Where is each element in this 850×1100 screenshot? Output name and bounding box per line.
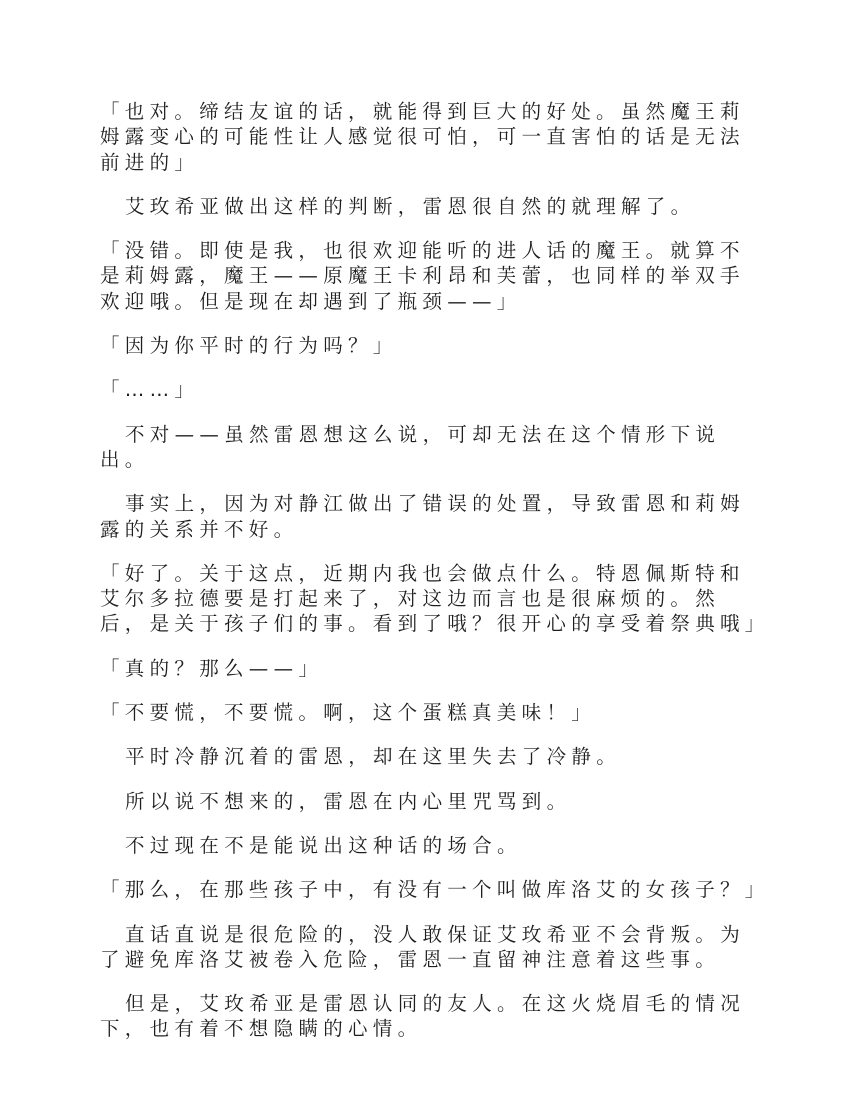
narration-paragraph: 事实上，因为对静江做出了错误的处置，导致雷恩和莉姆露的关系并不好。 [100,491,760,542]
dialogue-paragraph: 「没错。即使是我，也很欢迎能听的进人话的魔王。就算不是莉姆露，魔王——原魔王卡利… [100,238,760,314]
narration-paragraph: 平时冷静沉着的雷恩，却在这里失去了冷静。 [100,744,760,769]
narration-paragraph: 所以说不想来的，雷恩在内心里咒骂到。 [100,789,760,814]
dialogue-paragraph: 「也对。缔结友谊的话，就能得到巨大的好处。虽然魔王莉姆露变心的可能性让人感觉很可… [100,99,760,175]
dialogue-paragraph: 「不要慌，不要慌。啊，这个蛋糕真美味！」 [100,700,760,725]
narration-paragraph: 不过现在不是能说出这种话的场合。 [100,833,760,858]
narration-paragraph: 但是，艾玫希亚是雷恩认同的友人。在这火烧眉毛的情况下，也有着不想隐瞒的心情。 [100,991,760,1042]
dialogue-paragraph: 「真的？那么——」 [100,656,760,681]
dialogue-paragraph: 「……」 [100,377,760,402]
document-page: 「也对。缔结友谊的话，就能得到巨大的好处。虽然魔王莉姆露变心的可能性让人感觉很可… [100,99,760,1061]
dialogue-paragraph: 「那么，在那些孩子中，有没有一个叫做库洛艾的女孩子？」 [100,877,760,902]
narration-paragraph: 不对——虽然雷恩想这么说，可却无法在这个情形下说出。 [100,422,760,473]
dialogue-paragraph: 「因为你平时的行为吗？」 [100,333,760,358]
dialogue-paragraph: 「好了。关于这点，近期内我也会做点什么。特恩佩斯特和艾尔多拉德要是打起来了，对这… [100,561,760,637]
narration-paragraph: 直话直说是很危险的，没人敢保证艾玫希亚不会背叛。为了避免库洛艾被卷入危险，雷恩一… [100,922,760,973]
narration-paragraph: 艾玫希亚做出这样的判断，雷恩很自然的就理解了。 [100,194,760,219]
